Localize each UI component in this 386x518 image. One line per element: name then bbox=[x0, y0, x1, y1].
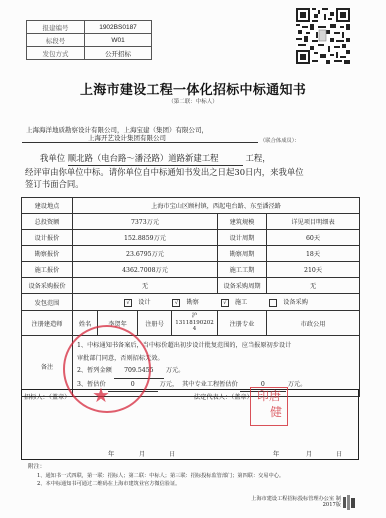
table-row: 勘察报价 23.6795万元 勘察周期 18天 bbox=[22, 246, 360, 262]
detail-value: 18天 bbox=[267, 246, 360, 262]
remark-1-line-1: 1、中标通知书备案后，当中标价超出初步设计批复范围的，应当报原初步设计 bbox=[77, 340, 355, 353]
meta-label: 报建编号 bbox=[27, 21, 85, 34]
member-note: （联合体成员）： bbox=[260, 136, 300, 144]
rep-date-day: 日 bbox=[336, 449, 342, 458]
engineer-specialty-label: 注册专业 bbox=[218, 311, 267, 336]
detail-value: 60天 bbox=[267, 230, 360, 246]
scope-item-label: 勘察 bbox=[186, 299, 198, 306]
scope-item-equipment[interactable]: 设备采购 bbox=[269, 299, 308, 306]
scope-label: 发包范围 bbox=[22, 294, 73, 311]
engineer-name: 李贺年 bbox=[98, 311, 138, 336]
rep-date-month: 月 bbox=[306, 449, 312, 458]
recipient-underline bbox=[22, 142, 258, 143]
detail-value: 210天 bbox=[267, 262, 360, 278]
detail-label: 勘察报价 bbox=[22, 246, 73, 262]
remarks-row: 备注 1、中标通知书备案后，当中标价超出初步设计批复范围的，应当报原初步设计 审… bbox=[22, 336, 360, 397]
version-text: 2017版 bbox=[226, 502, 341, 508]
detail-value: 152.8859万元 bbox=[73, 230, 218, 246]
engineer-reg-label: 注册号 bbox=[138, 311, 172, 336]
checkbox-checked-icon[interactable]: √ bbox=[124, 299, 132, 307]
detail-value: 7373万元 bbox=[73, 214, 218, 230]
tenderer-date-year: 年 bbox=[108, 449, 114, 458]
detail-label: 设计周期 bbox=[218, 230, 267, 246]
meta-value: 公开招标 bbox=[85, 47, 152, 60]
engineer-name-label: 姓名 bbox=[73, 311, 98, 336]
reg-no-part: 4 bbox=[172, 326, 217, 333]
page-title: 上海市建设工程一体化招标中标通知书 bbox=[0, 79, 386, 98]
detail-label: 勘察周期 bbox=[218, 246, 267, 262]
meta-value: 1902BS0187 bbox=[85, 21, 152, 34]
detail-value: 详见项目明细表 bbox=[267, 214, 360, 230]
meta-row: 发包方式 公开招标 bbox=[27, 47, 152, 60]
table-row: 设计报价 152.8859万元 设计周期 60天 bbox=[22, 230, 360, 246]
location-label: 建设地点 bbox=[22, 198, 73, 214]
engineer-specialty: 市政公用 bbox=[267, 311, 360, 336]
remark-3-unit-2: 万元。 bbox=[288, 381, 307, 388]
checkbox-checked-icon[interactable]: √ bbox=[172, 299, 180, 307]
detail-value: 4362.7008万元 bbox=[73, 262, 218, 278]
issuer-logo-icon bbox=[343, 495, 355, 510]
table-row: 设备采购报价 无 设备采购周期 无 bbox=[22, 278, 360, 294]
scope-item-survey[interactable]: √勘察 bbox=[172, 299, 198, 306]
table-row: 施工报价 4362.7008万元 施工工期 210天 bbox=[22, 262, 360, 278]
meta-label: 标段号 bbox=[27, 34, 85, 47]
tenderer-date-day: 日 bbox=[169, 449, 175, 458]
note-item: 2、本中标通知书可通过二维码在上海市建筑业官方微信验证。 bbox=[37, 480, 284, 488]
detail-value: 无 bbox=[73, 278, 218, 294]
engineer-reg-no: 沪 13118190202 4 bbox=[172, 311, 218, 336]
body-prefix: 我单位 bbox=[40, 153, 65, 163]
detail-label: 设备采购报价 bbox=[22, 278, 73, 294]
remark-2: 2、暂列金额 709.5455 万元。 bbox=[77, 365, 355, 379]
remark-1-line-2: 审批部门同意，否则招标无效。 bbox=[77, 353, 355, 366]
provisional-sum: 709.5455 bbox=[114, 365, 164, 379]
note-item: 1、通知书一式四联，第一联：招标人；第二联：中标人；第三联：招标投标监管部门；第… bbox=[37, 472, 284, 480]
table-row: 总投资额 7373万元 建筑规模 详见项目明细表 bbox=[22, 214, 360, 230]
scope-item-design[interactable]: √设计 bbox=[124, 299, 150, 306]
notes-heading: 附注： bbox=[28, 461, 45, 470]
detail-label: 建筑规模 bbox=[218, 214, 267, 230]
engineer-label: 注册建造师 bbox=[22, 311, 73, 336]
engineer-row: 注册建造师 姓名 李贺年 注册号 沪 13118190202 4 注册专业 市政… bbox=[22, 311, 360, 336]
location-value: 上海市宝山区顾村镇，西起电台路、东至潘泾路 bbox=[73, 198, 360, 214]
detail-label: 总投资额 bbox=[22, 214, 73, 230]
detail-label: 施工报价 bbox=[22, 262, 73, 278]
scope-item-label: 设备采购 bbox=[283, 299, 308, 306]
scope-item-construction[interactable]: √施工 bbox=[221, 299, 247, 306]
remark-2-label: 2、暂列金额 bbox=[77, 367, 112, 374]
scope-item-label: 设计 bbox=[138, 299, 150, 306]
detail-label: 设备采购周期 bbox=[218, 278, 267, 294]
remark-2-unit: 万元。 bbox=[166, 367, 185, 374]
tenderer-label: 招标人：（盖章） bbox=[24, 392, 70, 401]
remark-3-label: 3、暂估价 bbox=[77, 381, 106, 388]
signature-box: 招标人：（盖章） 法定代表人：（盖章） 年 月 日 年 月 日 bbox=[21, 389, 359, 460]
meta-table: 报建编号 1902BS0187 标段号 W01 发包方式 公开招标 bbox=[26, 20, 152, 60]
checkbox-empty-icon[interactable] bbox=[269, 299, 277, 307]
page-subtitle: （第二联：中标人） bbox=[0, 97, 386, 105]
notice-paragraph: 我单位 顺北路（电台路～潘泾路）道路新建工程 工程， 经评审由你单位中标。请你单… bbox=[25, 152, 360, 191]
meta-row: 报建编号 1902BS0187 bbox=[27, 21, 152, 34]
remarks-content: 1、中标通知书备案后，当中标价超出初步设计批复范围的，应当报原初步设计 审批部门… bbox=[73, 336, 360, 397]
checkbox-checked-icon[interactable]: √ bbox=[221, 299, 229, 307]
body-line-2: 经评审由你单位中标。请你单位自中标通知书发出之日起30日内，来我单位 bbox=[25, 166, 360, 179]
remark-3-mid: 其中专业工程暂估价 bbox=[182, 381, 238, 388]
scope-item-label: 施工 bbox=[235, 299, 247, 306]
recipient-line-2: 上海开艺设计集团有限公司 bbox=[88, 133, 166, 142]
meta-row: 标段号 W01 bbox=[27, 34, 152, 47]
remark-3-unit: 万元， bbox=[160, 381, 179, 388]
project-name: 顺北路（电台路～潘泾路）道路新建工程 bbox=[68, 152, 243, 166]
rep-date-year: 年 bbox=[273, 449, 279, 458]
body-line-3: 签订书面合同。 bbox=[25, 178, 360, 191]
remarks-label: 备注 bbox=[22, 336, 73, 397]
scope-checkboxes: √设计 √勘察 √施工 设备采购 bbox=[73, 294, 360, 311]
detail-label: 设计报价 bbox=[22, 230, 73, 246]
detail-label: 施工工期 bbox=[218, 262, 267, 278]
detail-value: 无 bbox=[267, 278, 360, 294]
tenderer-date-month: 月 bbox=[139, 449, 145, 458]
meta-label: 发包方式 bbox=[27, 47, 85, 60]
detail-value: 23.6795万元 bbox=[73, 246, 218, 262]
footer-issuer: 上海市建设工程招标投标管理办公室 制 2017版 bbox=[226, 496, 341, 508]
body-suffix: 工程， bbox=[245, 153, 270, 163]
table-row: 建设地点 上海市宝山区顾村镇，西起电台路、东至潘泾路 bbox=[22, 198, 360, 214]
meta-value: W01 bbox=[85, 34, 152, 47]
legal-rep-label: 法定代表人：（盖章） bbox=[194, 392, 253, 401]
details-table: 建设地点 上海市宝山区顾村镇，西起电台路、东至潘泾路 总投资额 7373万元 建… bbox=[21, 197, 360, 397]
qr-code-icon bbox=[296, 8, 350, 64]
scope-row: 发包范围 √设计 √勘察 √施工 设备采购 bbox=[22, 294, 360, 311]
notes-list: 1、通知书一式四联，第一联：招标人；第二联：中标人；第三联：招标投标监管部门；第… bbox=[37, 472, 284, 488]
